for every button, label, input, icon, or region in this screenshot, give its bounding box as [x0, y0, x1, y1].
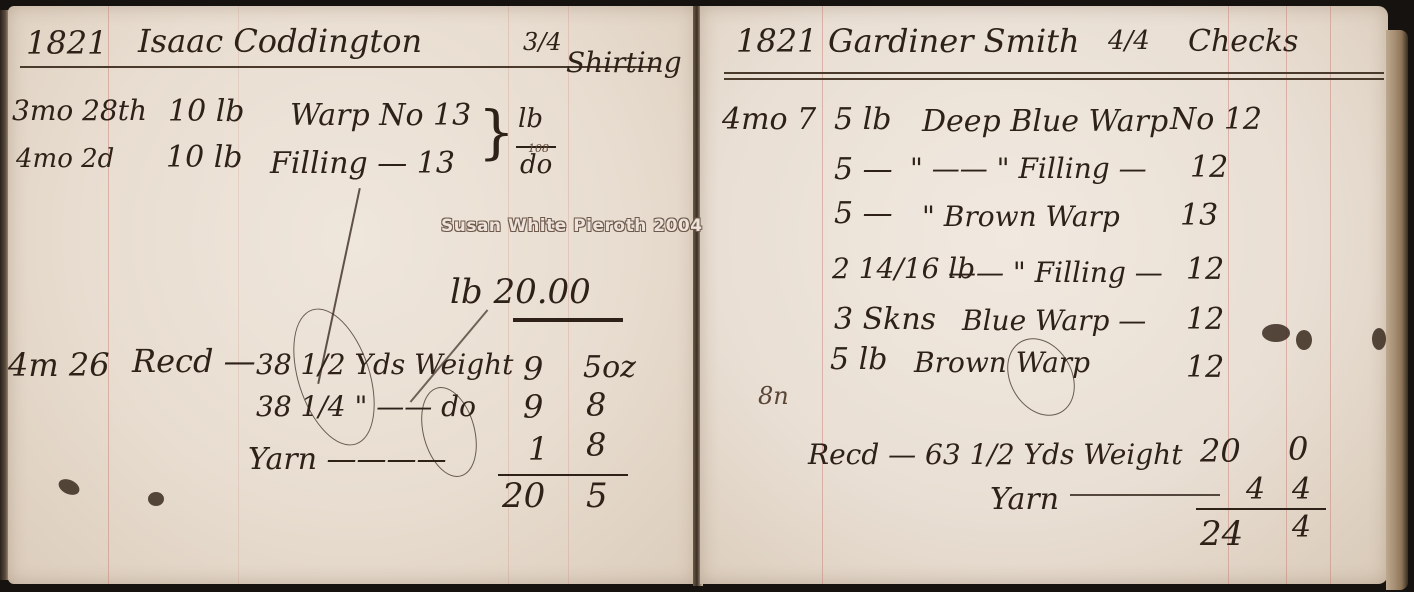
ink-blot: [1296, 330, 1312, 350]
received-oz: 0: [1288, 430, 1308, 468]
yarn-lb: 4: [1246, 472, 1265, 507]
entry-item: Deep Blue Warp: [922, 104, 1168, 139]
ink-blot: [56, 476, 82, 498]
received-label: Recd — 63 1/2 Yds Weight: [808, 438, 1182, 471]
entry-item: Blue Warp —: [962, 304, 1146, 337]
entry-item: Filling — 13: [270, 146, 455, 181]
crossed-out-mark: [994, 326, 1089, 428]
entry-item: " Brown Warp: [922, 200, 1120, 233]
entry-date: 4mo 2d: [16, 144, 114, 174]
header-cloth-type: Checks: [1188, 24, 1298, 59]
margin-rule: [108, 6, 109, 584]
bracket-note: 108: [528, 142, 549, 155]
received-total-lb: 24: [1200, 514, 1243, 554]
header-customer-name: Gardiner Smith: [828, 22, 1080, 60]
received-line-oz: 8: [586, 386, 606, 424]
column-rule: [238, 6, 239, 584]
ink-blot: [148, 492, 164, 506]
entry-quantity: 5 —: [834, 152, 893, 187]
entry-item: —— " Filling —: [948, 256, 1163, 289]
entry-quantity: 5 —: [834, 196, 893, 231]
entry-number: 12: [1190, 150, 1228, 185]
received-line-oz: 8: [586, 426, 606, 464]
total-underline: [513, 318, 623, 322]
entry-quantity: 5 lb: [830, 342, 887, 377]
entry-quantity: 3 Skns: [834, 302, 936, 337]
right-page: 1821 Gardiner Smith 4/4 Checks 4mo 7 5 l…: [700, 6, 1388, 584]
yarn-label: Yarn: [990, 482, 1059, 517]
header-year: 1821: [736, 22, 817, 60]
entry-number: 13: [1180, 198, 1218, 233]
left-page: 1821 Isaac Coddington 3/4 Shirting 3mo 2…: [8, 6, 696, 584]
header-year: 1821: [26, 24, 107, 62]
header-rule: [20, 66, 660, 68]
entry-quantity: 10 lb: [166, 140, 243, 175]
received-line-desc: 38 1/2 Yds Weight: [256, 348, 513, 381]
entry-quantity: 10 lb: [168, 94, 245, 129]
ink-blot: [1372, 328, 1386, 350]
column-rule: [1330, 6, 1331, 584]
entry-item: " —— " Filling —: [910, 152, 1147, 185]
entry-number: 12: [1186, 252, 1224, 287]
entry-item: Warp No 13: [290, 98, 471, 133]
crossed-total: lb 20.00: [450, 272, 591, 312]
open-ledger-book: 1821 Isaac Coddington 3/4 Shirting 3mo 2…: [0, 0, 1414, 592]
received-total-oz: 5: [586, 476, 608, 516]
entry-number: 12: [1186, 302, 1224, 337]
entry-unit: lb: [518, 104, 543, 134]
header-cloth-type: Shirting: [566, 46, 682, 79]
header-fraction: 3/4: [523, 28, 562, 56]
received-date: 4m 26: [8, 346, 110, 384]
received-total-lb: 20: [502, 476, 545, 516]
entry-number: 12: [1186, 350, 1224, 385]
ink-blot: [1262, 324, 1290, 342]
side-mark: 8n: [758, 382, 789, 410]
column-rule: [1228, 6, 1229, 584]
received-total-oz: 4: [1292, 510, 1311, 545]
margin-rule: [822, 6, 823, 584]
entry-quantity: 5 lb: [834, 102, 891, 137]
received-label: Recd —: [132, 342, 256, 380]
header-customer-name: Isaac Coddington: [138, 22, 422, 60]
entry-number: No 12: [1170, 102, 1262, 137]
yarn-dash: [1070, 494, 1220, 496]
header-rule: [724, 72, 1384, 74]
entry-date: 4mo 7: [722, 102, 816, 137]
received-line-lb: 9: [523, 388, 543, 426]
book-page-edges: [1386, 30, 1408, 590]
received-line-lb: 1: [528, 430, 548, 468]
bracket-mark: }: [478, 98, 515, 166]
yarn-oz: 4: [1292, 472, 1311, 507]
copyright-watermark: Susan White Pieroth 2004: [441, 216, 703, 236]
header-double-rule: [724, 78, 1384, 80]
entry-date: 3mo 28th: [12, 94, 147, 127]
received-line-desc: 38 1/4 " —— do: [256, 390, 476, 423]
header-fraction: 4/4: [1108, 26, 1150, 56]
received-lb: 20: [1200, 432, 1241, 470]
received-line-oz: 5oz: [583, 350, 636, 385]
column-rule: [1286, 6, 1287, 584]
received-line-desc: Yarn ————: [248, 442, 447, 477]
received-line-lb: 9: [523, 350, 543, 388]
